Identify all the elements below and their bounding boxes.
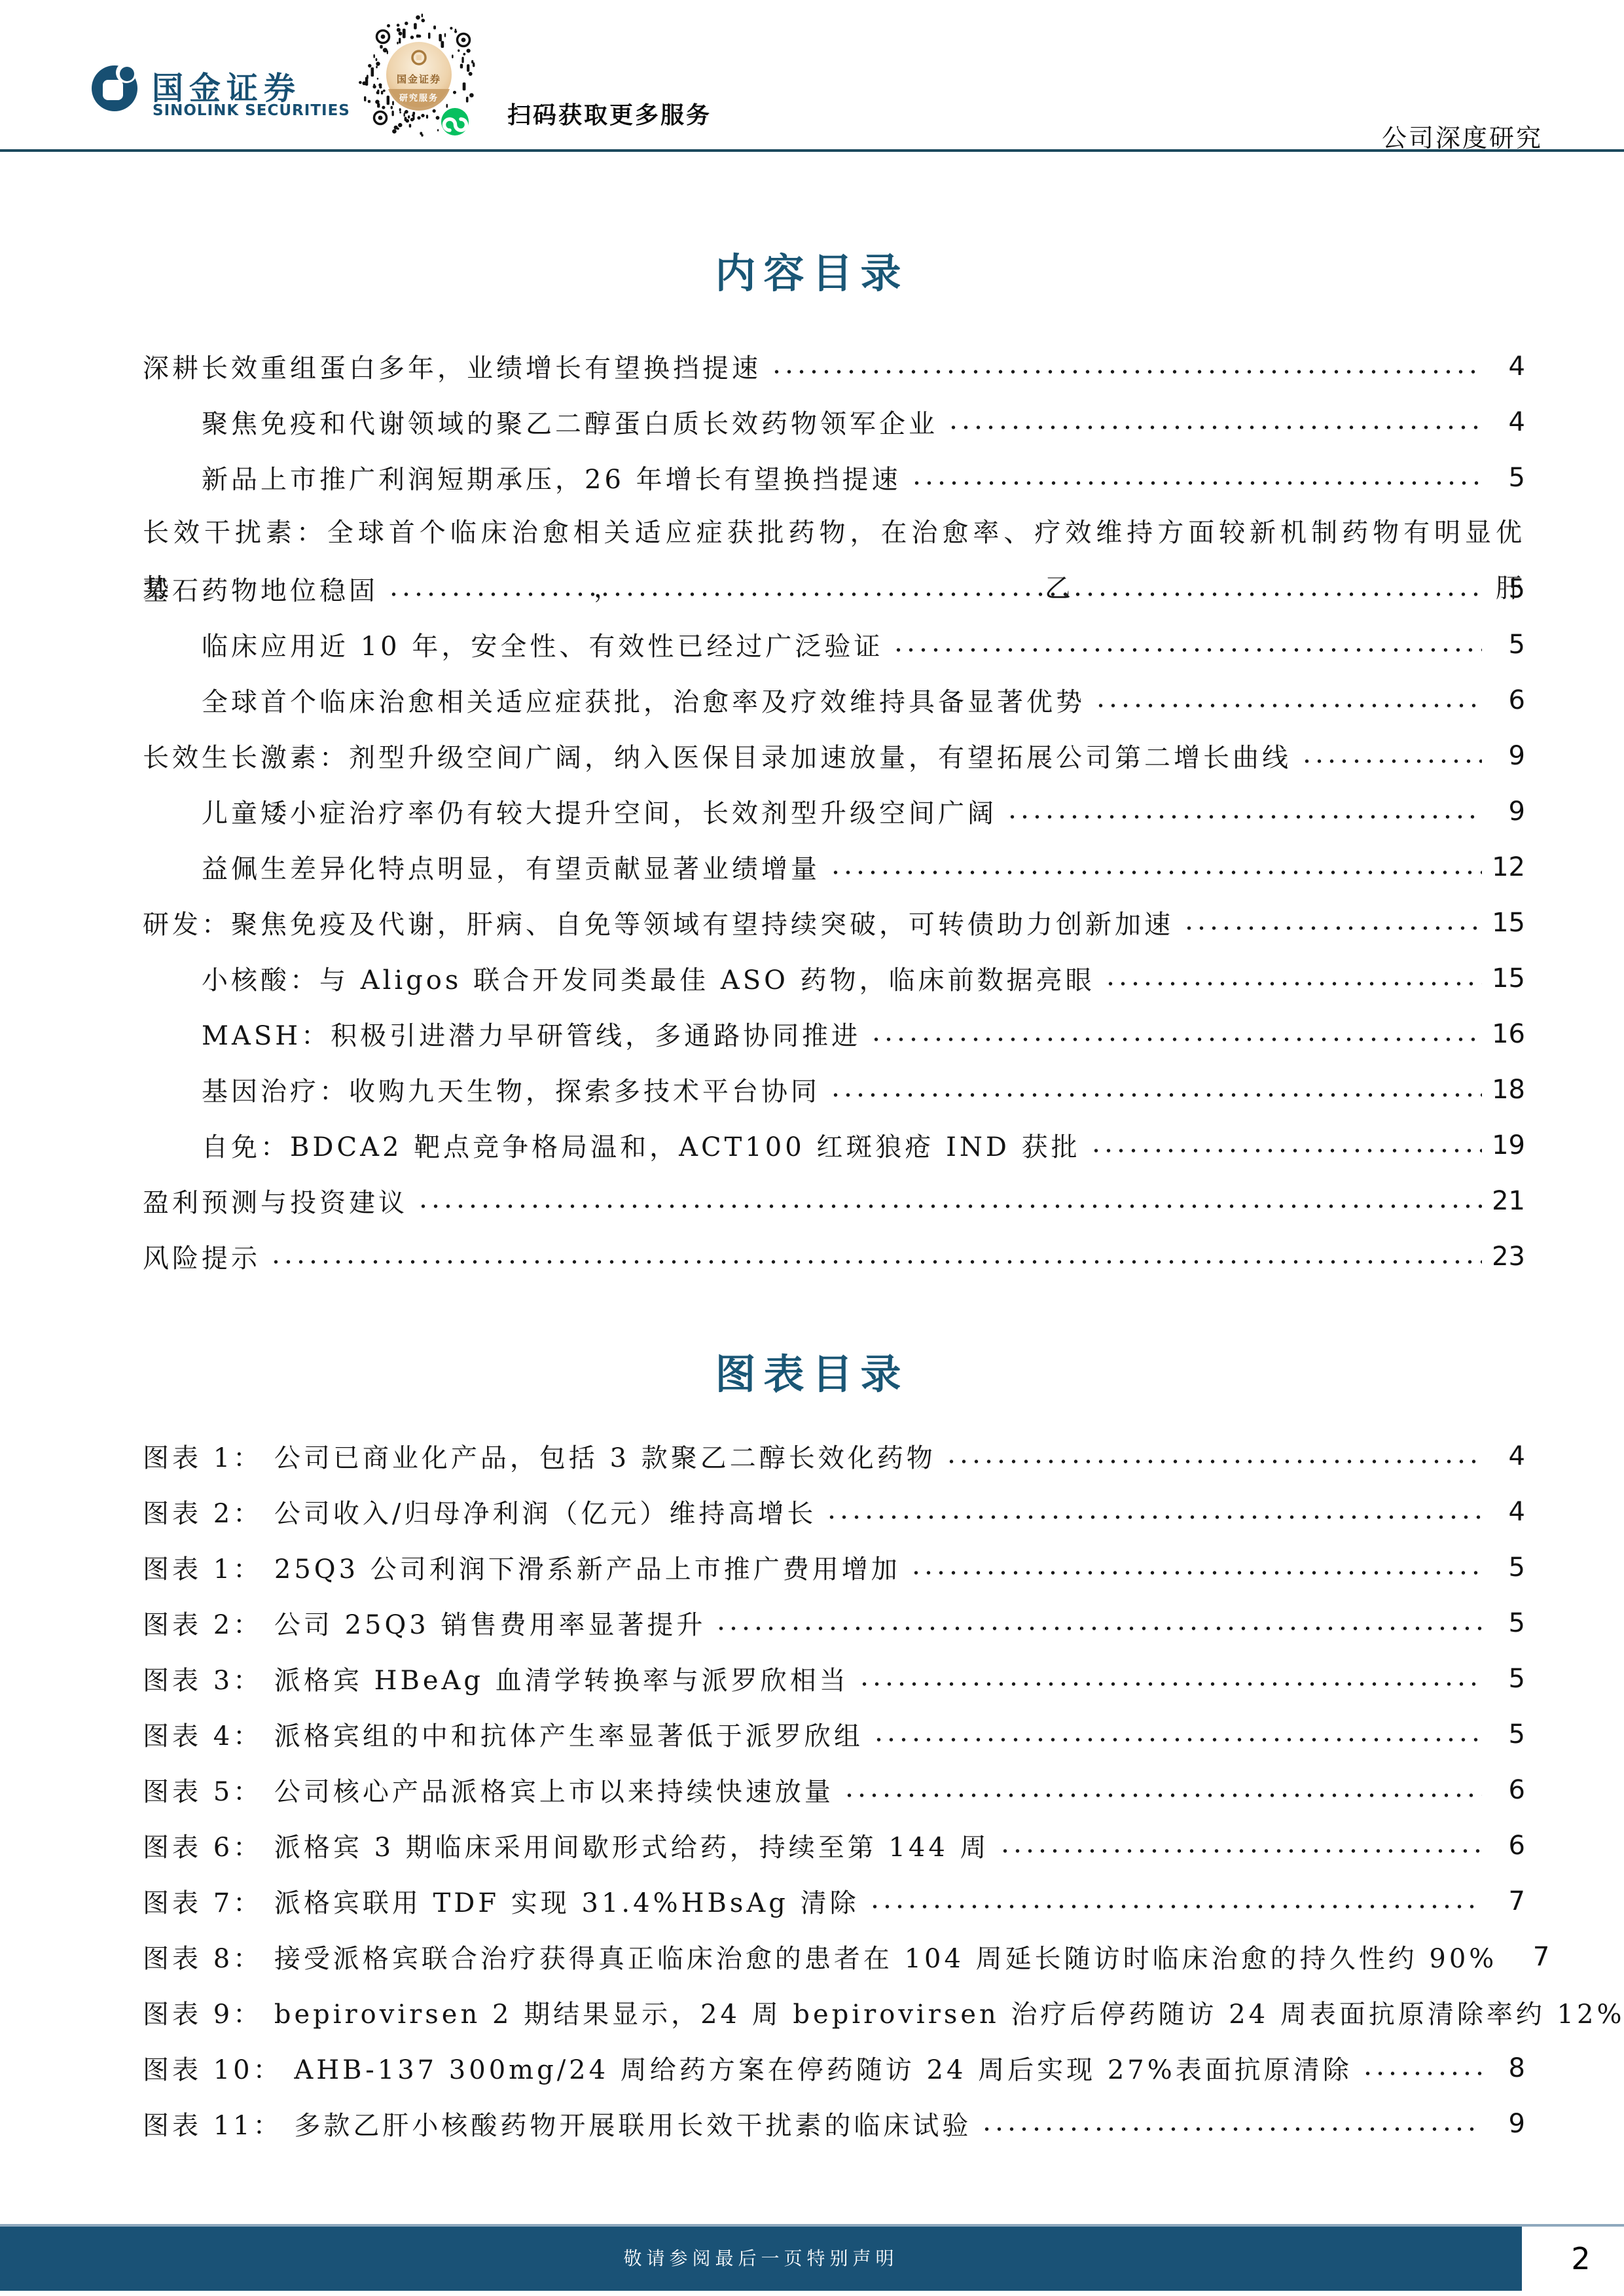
figure-item-text: 图表 6： 派格宾 3 期临床采用间歇形式给药，持续至第 144 周 (143, 1827, 990, 1864)
figure-item-page-number: 7 (1513, 1942, 1549, 1972)
report-type-label: 公司深度研究 (1382, 118, 1543, 154)
dot-leader (388, 561, 1482, 617)
figure-item[interactable]: 图表 3： 派格宾 HBeAg 血清学转换率与派罗欣相当5 (143, 1651, 1525, 1706)
dot-leader (1006, 783, 1482, 839)
figure-toc-title: 图表目录 (0, 1342, 1624, 1400)
figure-item[interactable]: 图表 8： 接受派格宾联合治疗获得真正临床治愈的患者在 104 周延长随访时临床… (143, 1929, 1525, 1984)
toc-item-page-number: 9 (1489, 741, 1525, 771)
toc-item-text: 研发：聚焦免疫及代谢，肝病、自免等领域有望持续突破，可转债助力创新加速 (143, 904, 1174, 941)
toc-item-text: 基因治疗：收购九天生物，探索多技术平台协同 (202, 1071, 820, 1108)
header-divider (0, 149, 1624, 152)
toc-item[interactable]: 盈利预测与投资建议21 (143, 1173, 1525, 1229)
toc-item[interactable]: 自免：BDCA2 靶点竞争格局温和，ACT100 红斑狼疮 IND 获批19 (143, 1117, 1525, 1173)
figure-item-text: 图表 2： 公司收入/归母净利润（亿元）维持高增长 (143, 1493, 816, 1530)
figure-item-text: 图表 1： 25Q3 公司利润下滑系新产品上市推广费用增加 (143, 1549, 901, 1586)
toc-item-page-number: 21 (1489, 1186, 1525, 1216)
toc-item[interactable]: 聚焦免疫和代谢领域的聚乙二醇蛋白质长效药物领军企业4 (143, 394, 1525, 450)
report-page: 国金证券 SINOLINK SECURITIES (0, 0, 1624, 2296)
toc-title: 内容目录 (0, 241, 1624, 299)
figure-item-page-number: 6 (1489, 1775, 1525, 1805)
figure-item[interactable]: 图表 9： bepirovirsen 2 期结果显示，24 周 bepirovi… (143, 1984, 1525, 2040)
dot-leader (1183, 895, 1482, 950)
toc-list: 深耕长效重组蛋白多年，业绩增长有望换挡提速4聚焦免疫和代谢领域的聚乙二醇蛋白质长… (143, 338, 1525, 1284)
figure-item[interactable]: 图表 6： 派格宾 3 期临床采用间歇形式给药，持续至第 144 周6 (143, 1818, 1525, 1873)
figure-item-page-number: 9 (1489, 2109, 1525, 2139)
sinolink-logo-icon (92, 65, 137, 111)
toc-item-page-number: 15 (1489, 908, 1525, 938)
figure-item[interactable]: 图表 11： 多款乙肝小核酸药物开展联用长效干扰素的临床试验9 (143, 2096, 1525, 2151)
qr-center-service: 研究服务 (399, 93, 439, 103)
toc-item-text: 新品上市推广利润短期承压，26 年增长有望换挡提速 (202, 459, 901, 496)
dot-leader (1104, 950, 1482, 1006)
figure-item-text: 图表 4： 派格宾组的中和抗体产生率显著低于派罗欣组 (143, 1715, 863, 1753)
toc-item-text: MASH：积极引进潜力早研管线，多通路协同推进 (202, 1015, 861, 1052)
toc-item[interactable]: MASH：积极引进潜力早研管线，多通路协同推进16 (143, 1006, 1525, 1062)
figure-item[interactable]: 图表 1： 25Q3 公司利润下滑系新产品上市推广费用增加5 (143, 1539, 1525, 1595)
figure-item[interactable]: 图表 10： AHB-137 300mg/24 周给药方案在停药随访 24 周后… (143, 2040, 1525, 2096)
dot-leader (417, 1173, 1482, 1229)
dot-leader (947, 394, 1482, 450)
toc-item-text: 聚焦免疫和代谢领域的聚乙二醇蛋白质长效药物领军企业 (202, 403, 938, 440)
dot-leader (1090, 1117, 1482, 1173)
toc-item-page-number: 4 (1489, 407, 1525, 437)
toc-item-page-number: 5 (1489, 630, 1525, 660)
toc-item-text: 风险提示 (143, 1238, 261, 1275)
toc-item-text: 临床应用近 10 年，安全性、有效性已经过广泛验证 (202, 626, 883, 663)
toc-item[interactable]: 风险提示23 (143, 1229, 1525, 1284)
figure-item-page-number: 5 (1489, 1552, 1525, 1583)
dot-leader (843, 1762, 1482, 1818)
dot-leader (858, 1651, 1482, 1706)
toc-item[interactable]: 小核酸：与 Aligos 联合开发同类最佳 ASO 药物，临床前数据亮眼15 (143, 950, 1525, 1006)
toc-item-page-number: 12 (1489, 852, 1525, 882)
toc-item-page-number: 9 (1489, 797, 1525, 827)
dot-leader (870, 1006, 1482, 1062)
dot-leader (981, 2096, 1482, 2151)
figure-list: 图表 1： 公司已商业化产品，包括 3 款聚乙二醇长效化药物4图表 2： 公司收… (143, 1428, 1525, 2151)
toc-item-text: 全球首个临床治愈相关适应症获批，治愈率及疗效维持具备显著优势 (202, 681, 1085, 719)
dot-leader (1362, 2040, 1482, 2096)
figure-item[interactable]: 图表 2： 公司 25Q3 销售费用率显著提升5 (143, 1595, 1525, 1651)
figure-item-text: 图表 3： 派格宾 HBeAg 血清学转换率与派罗欣相当 (143, 1660, 849, 1697)
toc-item-text: 深耕长效重组蛋白多年，业绩增长有望换挡提速 (143, 348, 761, 385)
page-number: 2 (1545, 2227, 1617, 2291)
toc-item-page-number: 6 (1489, 685, 1525, 715)
toc-item[interactable]: 研发：聚焦免疫及代谢，肝病、自免等领域有望持续突破，可转债助力创新加速15 (143, 895, 1525, 950)
toc-item-text: 长效生长激素：剂型升级空间广阔，纳入医保目录加速放量，有望拓展公司第二增长曲线 (143, 737, 1291, 774)
figure-item[interactable]: 图表 5： 公司核心产品派格宾上市以来持续快速放量6 (143, 1762, 1525, 1818)
footer-disclaimer: 敬请参阅最后一页特别声明 (0, 2227, 1522, 2291)
figure-item-page-number: 5 (1489, 1664, 1525, 1694)
dot-leader (829, 839, 1482, 895)
figure-item[interactable]: 图表 1： 公司已商业化产品，包括 3 款聚乙二醇长效化药物4 (143, 1428, 1525, 1484)
qr-code: 国金证券 研究服务 (357, 9, 481, 140)
figure-item-text: 图表 9： bepirovirsen 2 期结果显示，24 周 bepirovi… (143, 1994, 1624, 2031)
figure-item-text: 图表 11： 多款乙肝小核酸药物开展联用长效干扰素的临床试验 (143, 2105, 971, 2142)
figure-item-page-number: 4 (1489, 1497, 1525, 1527)
toc-item-page-number: 23 (1489, 1242, 1525, 1272)
dot-leader (1301, 728, 1482, 783)
toc-item-text: 自免：BDCA2 靶点竞争格局温和，ACT100 红斑狼疮 IND 获批 (202, 1126, 1081, 1164)
logo-company-name: 国金证券 (152, 63, 301, 108)
toc-item[interactable]: 新品上市推广利润短期承压，26 年增长有望换挡提速5 (143, 450, 1525, 505)
toc-item-page-number: 4 (1489, 351, 1525, 382)
figure-item-text: 图表 10： AHB-137 300mg/24 周给药方案在停药随访 24 周后… (143, 2049, 1352, 2087)
toc-item[interactable]: 儿童矮小症治疗率仍有较大提升空间，长效剂型升级空间广阔9 (143, 783, 1525, 839)
figure-item-page-number: 8 (1489, 2053, 1525, 2083)
dot-leader (873, 1706, 1482, 1762)
toc-item-page-number: 5 (1489, 574, 1525, 604)
figure-item[interactable]: 图表 4： 派格宾组的中和抗体产生率显著低于派罗欣组5 (143, 1706, 1525, 1762)
toc-item-page-number: 16 (1489, 1019, 1525, 1049)
figure-item-text: 图表 1： 公司已商业化产品，包括 3 款聚乙二醇长效化药物 (143, 1437, 936, 1475)
figure-item[interactable]: 图表 2： 公司收入/归母净利润（亿元）维持高增长4 (143, 1484, 1525, 1539)
figure-item-text: 图表 5： 公司核心产品派格宾上市以来持续快速放量 (143, 1771, 834, 1808)
dot-leader (1094, 672, 1482, 728)
toc-item[interactable]: 基因治疗：收购九天生物，探索多技术平台协同18 (143, 1062, 1525, 1117)
toc-item[interactable]: 益佩生差异化特点明显，有望贡献显著业绩增量12 (143, 839, 1525, 895)
toc-item[interactable]: 全球首个临床治愈相关适应症获批，治愈率及疗效维持具备显著优势6 (143, 672, 1525, 728)
toc-item[interactable]: 长效干扰素：全球首个临床治愈相关适应症获批药物，在治愈率、疗效维持方面较新机制药… (143, 505, 1525, 561)
toc-item-text: 儿童矮小症治疗率仍有较大提升空间，长效剂型升级空间广阔 (202, 793, 997, 830)
toc-item[interactable]: 临床应用近 10 年，安全性、有效性已经过广泛验证5 (143, 617, 1525, 672)
dot-leader (825, 1484, 1482, 1539)
figure-item-page-number: 7 (1489, 1886, 1525, 1916)
toc-item-page-number: 5 (1489, 463, 1525, 493)
figure-item-text: 图表 8： 接受派格宾联合治疗获得真正临床治愈的患者在 104 周延长随访时临床… (143, 1938, 1497, 1975)
toc-item-page-number: 19 (1489, 1130, 1525, 1160)
toc-item[interactable]: 深耕长效重组蛋白多年，业绩增长有望换挡提速4 (143, 338, 1525, 394)
dot-leader (945, 1428, 1482, 1484)
figure-item-page-number: 6 (1489, 1831, 1525, 1861)
figure-item[interactable]: 图表 7： 派格宾联用 TDF 实现 31.4%HBsAg 清除7 (143, 1873, 1525, 1929)
dot-leader (770, 338, 1482, 394)
figure-item-page-number: 4 (1489, 1441, 1525, 1471)
logo-company-name-en: SINOLINK SECURITIES (153, 102, 350, 119)
toc-item-text: 盈利预测与投资建议 (143, 1182, 408, 1219)
toc-item-text: 基石药物地位稳固 (143, 570, 378, 607)
figure-item-text: 图表 2： 公司 25Q3 销售费用率显著提升 (143, 1604, 706, 1641)
qr-caption: 扫码获取更多服务 (507, 97, 712, 130)
dot-leader (911, 450, 1482, 505)
dot-leader (999, 1818, 1482, 1873)
figure-item-text: 图表 7： 派格宾联用 TDF 实现 31.4%HBsAg 清除 (143, 1882, 859, 1920)
toc-item-page-number: 15 (1489, 963, 1525, 994)
toc-item-text: 小核酸：与 Aligos 联合开发同类最佳 ASO 药物，临床前数据亮眼 (202, 960, 1095, 997)
dot-leader (715, 1595, 1482, 1651)
toc-item-page-number: 18 (1489, 1075, 1525, 1105)
toc-item[interactable]: 长效生长激素：剂型升级空间广阔，纳入医保目录加速放量，有望拓展公司第二增长曲线9 (143, 728, 1525, 783)
dot-leader (869, 1873, 1482, 1929)
figure-item-page-number: 5 (1489, 1719, 1525, 1749)
qr-center-brand: 国金证券 (397, 73, 441, 85)
dot-leader (892, 617, 1482, 672)
dot-leader (270, 1229, 1482, 1284)
figure-item-page-number: 5 (1489, 1608, 1525, 1638)
toc-item-text: 益佩生差异化特点明显，有望贡献显著业绩增量 (202, 848, 820, 886)
dot-leader (910, 1539, 1482, 1595)
dot-leader (829, 1062, 1482, 1117)
